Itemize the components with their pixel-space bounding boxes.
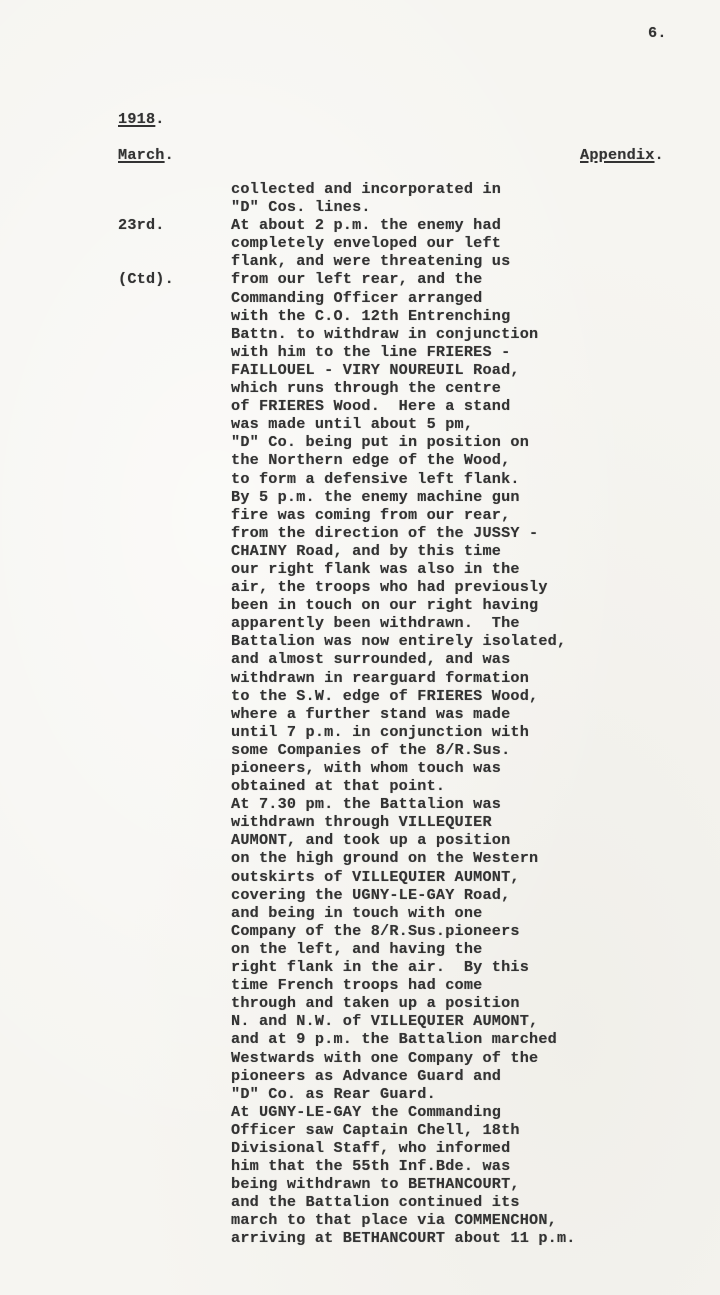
body-line: By 5 p.m. the enemy machine gun (231, 488, 576, 506)
appendix-heading: Appendix. (580, 146, 664, 164)
appendix-text: Appendix (580, 146, 655, 164)
body-line: outskirts of VILLEQUIER AUMONT, (231, 868, 576, 886)
body-line: and at 9 p.m. the Battalion marched (231, 1030, 576, 1048)
body-line: through and taken up a position (231, 994, 576, 1012)
body-line: and almost surrounded, and was (231, 650, 576, 668)
body-line: from our left rear, and the (231, 270, 576, 288)
body-line: AUMONT, and took up a position (231, 831, 576, 849)
body-line: "D" Co. as Rear Guard. (231, 1085, 576, 1103)
body-line: with him to the line FRIERES - (231, 343, 576, 361)
year-heading: 1918. (118, 110, 165, 128)
document-page: 6. 1918. March. Appendix. 23rd. (Ctd). c… (0, 0, 720, 1295)
body-line: march to that place via COMMENCHON, (231, 1211, 576, 1229)
body-line: obtained at that point. (231, 777, 576, 795)
body-line: withdrawn through VILLEQUIER (231, 813, 576, 831)
appendix-suffix: . (655, 146, 664, 164)
body-line: which runs through the centre (231, 379, 576, 397)
month-text: March (118, 146, 165, 164)
body-line: on the left, and having the (231, 940, 576, 958)
body-line: on the high ground on the Western (231, 849, 576, 867)
body-line: and the Battalion continued its (231, 1193, 576, 1211)
body-line: was made until about 5 pm, (231, 415, 576, 433)
page-number: 6. (648, 24, 667, 42)
body-line: of FRIERES Wood. Here a stand (231, 397, 576, 415)
entry-date: 23rd. (Ctd). (118, 180, 174, 325)
body-line: Officer saw Captain Chell, 18th (231, 1121, 576, 1139)
body-line: covering the UGNY-LE-GAY Road, (231, 886, 576, 904)
month-suffix: . (165, 146, 174, 164)
body-line: being withdrawn to BETHANCOURT, (231, 1175, 576, 1193)
body-line: some Companies of the 8/R.Sus. (231, 741, 576, 759)
body-line: from the direction of the JUSSY - (231, 524, 576, 542)
entry-date-day: 23rd. (118, 216, 174, 234)
body-line: fire was coming from our rear, (231, 506, 576, 524)
body-line: CHAINY Road, and by this time (231, 542, 576, 560)
body-line: Commanding Officer arranged (231, 289, 576, 307)
body-line: pioneers as Advance Guard and (231, 1067, 576, 1085)
body-line: "D" Cos. lines. (231, 198, 576, 216)
body-line: completely enveloped our left (231, 234, 576, 252)
month-heading: March. (118, 146, 174, 164)
body-line: apparently been withdrawn. The (231, 614, 576, 632)
entry-date-continued: (Ctd). (118, 270, 174, 288)
body-line: Westwards with one Company of the (231, 1049, 576, 1067)
body-line: the Northern edge of the Wood, (231, 451, 576, 469)
body-line: flank, and were threatening us (231, 252, 576, 270)
body-line: N. and N.W. of VILLEQUIER AUMONT, (231, 1012, 576, 1030)
body-line: At 7.30 pm. the Battalion was (231, 795, 576, 813)
body-line: with the C.O. 12th Entrenching (231, 307, 576, 325)
body-line: to the S.W. edge of FRIERES Wood, (231, 687, 576, 705)
body-line: until 7 p.m. in conjunction with (231, 723, 576, 741)
body-line: him that the 55th Inf.Bde. was (231, 1157, 576, 1175)
body-line: At UGNY-LE-GAY the Commanding (231, 1103, 576, 1121)
entry-body: collected and incorporated in"D" Cos. li… (231, 180, 576, 1248)
body-line: where a further stand was made (231, 705, 576, 723)
body-line: At about 2 p.m. the enemy had (231, 216, 576, 234)
year-suffix: . (155, 110, 164, 128)
body-line: collected and incorporated in (231, 180, 576, 198)
body-line: Battn. to withdraw in conjunction (231, 325, 576, 343)
body-line: air, the troops who had previously (231, 578, 576, 596)
body-line: pioneers, with whom touch was (231, 759, 576, 777)
body-line: our right flank was also in the (231, 560, 576, 578)
body-line: arriving at BETHANCOURT about 11 p.m. (231, 1229, 576, 1247)
body-line: to form a defensive left flank. (231, 470, 576, 488)
body-line: FAILLOUEL - VIRY NOUREUIL Road, (231, 361, 576, 379)
body-line: time French troops had come (231, 976, 576, 994)
body-line: "D" Co. being put in position on (231, 433, 576, 451)
body-line: withdrawn in rearguard formation (231, 669, 576, 687)
body-line: Company of the 8/R.Sus.pioneers (231, 922, 576, 940)
year-text: 1918 (118, 110, 155, 128)
body-line: been in touch on our right having (231, 596, 576, 614)
body-line: right flank in the air. By this (231, 958, 576, 976)
body-line: Divisional Staff, who informed (231, 1139, 576, 1157)
body-line: and being in touch with one (231, 904, 576, 922)
body-line: Battalion was now entirely isolated, (231, 632, 576, 650)
